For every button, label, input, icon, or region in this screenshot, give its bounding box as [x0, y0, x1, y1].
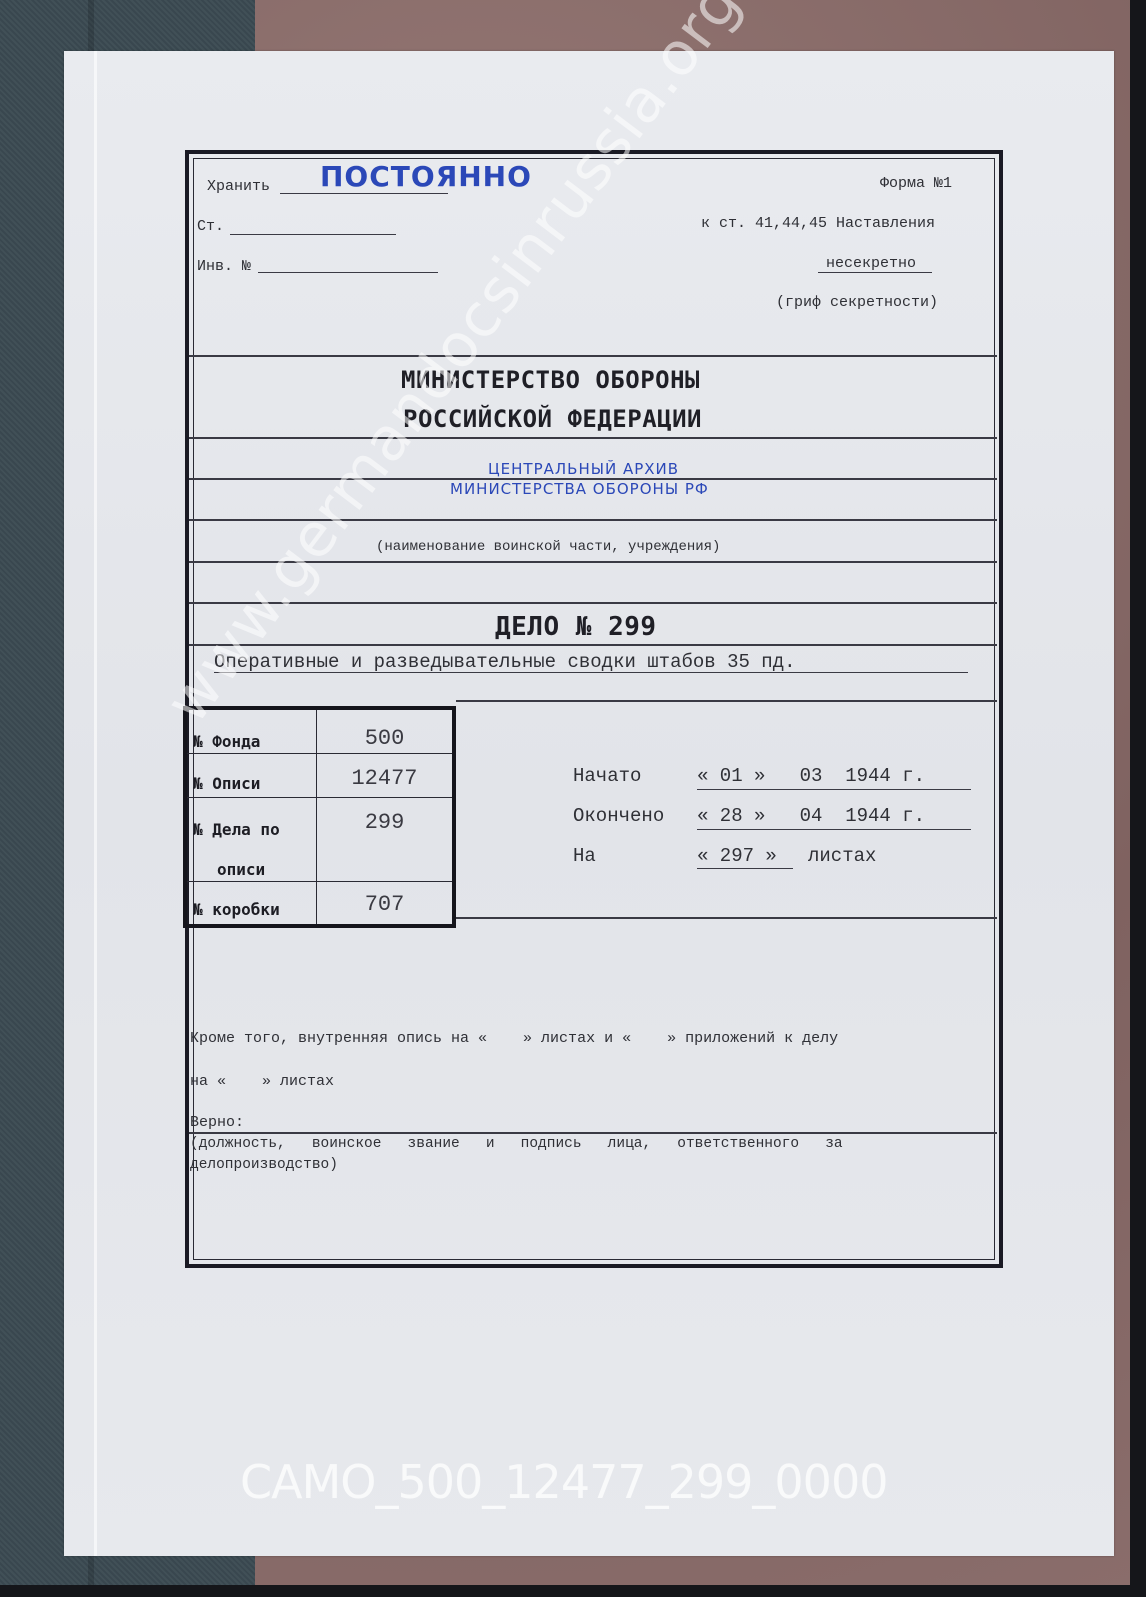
signature-caption-2: делопроизводство) [190, 1157, 338, 1173]
certified-label: Верно: [190, 1114, 244, 1131]
inventory-label: Инв. № [197, 258, 251, 275]
box-value-cell: 707 [317, 882, 452, 924]
archive-reference-table: № Фонда 500 № Описи 12477 № Дела по опис… [183, 706, 456, 928]
inventory-underline [258, 272, 438, 273]
ended-label: Окончено [573, 805, 664, 827]
started-label: Начато [573, 765, 641, 787]
opis-label-cell: № Описи [187, 754, 317, 798]
archive-stamp-line-2: МИНИСТЕРСТВА ОБОРОНЫ РФ [450, 480, 709, 498]
form-number: Форма №1 [880, 175, 952, 192]
classification-underline [818, 272, 932, 273]
divider [456, 700, 997, 702]
box-label-cell: № коробки [187, 882, 317, 924]
attachments-sheets-line: на « » листах [190, 1073, 334, 1090]
signature-caption-1: (должность, воинское звание и подпись ли… [190, 1136, 843, 1152]
started-date: « 01 » 03 1944 г. [697, 765, 925, 787]
delo-value-cell: 299 [317, 798, 452, 882]
opis-value-cell: 12477 [317, 754, 452, 798]
folder-edge [1130, 0, 1146, 1597]
file-description: Оперативные и разведывательные сводки шт… [214, 651, 796, 673]
file-title: ДЕЛО № 299 [495, 612, 657, 642]
classification: несекретно [826, 255, 916, 272]
divider [189, 602, 997, 604]
divider [456, 917, 997, 919]
fond-value-cell: 500 [317, 710, 452, 754]
ended-underline [697, 829, 971, 830]
article-label: Ст. [197, 218, 224, 235]
folder-edge-bottom [0, 1585, 1146, 1597]
ended-date: « 28 » 04 1944 г. [697, 805, 925, 827]
article-reference: к ст. 41,44,45 Наставления [701, 215, 935, 232]
archive-stamp-line-1: ЦЕНТРАЛЬНЫЙ АРХИВ [488, 460, 679, 478]
sheets-underline [697, 868, 793, 869]
keep-label: Хранить [207, 178, 270, 195]
internal-inventory-line: Кроме того, внутренняя опись на « » лист… [190, 1030, 838, 1047]
divider [189, 437, 997, 439]
article-underline [230, 234, 396, 235]
delo-label-cell: № Дела по описи [187, 798, 317, 882]
sheets-label: На [573, 845, 596, 867]
description-underline [214, 672, 968, 673]
sheets-count: « 297 » [697, 845, 777, 867]
divider [189, 355, 997, 357]
keep-underline [280, 193, 448, 194]
keep-stamp: ПОСТОЯННО [320, 160, 532, 193]
institution-caption: (наименование воинской части, учреждения… [376, 539, 720, 555]
file-id-watermark: CAMO_500_12477_299_0000 [240, 1455, 887, 1509]
divider [189, 1132, 997, 1134]
sheets-suffix: листах [808, 845, 876, 867]
started-underline [697, 789, 971, 790]
classification-caption: (гриф секретности) [776, 294, 938, 311]
divider [189, 644, 997, 646]
